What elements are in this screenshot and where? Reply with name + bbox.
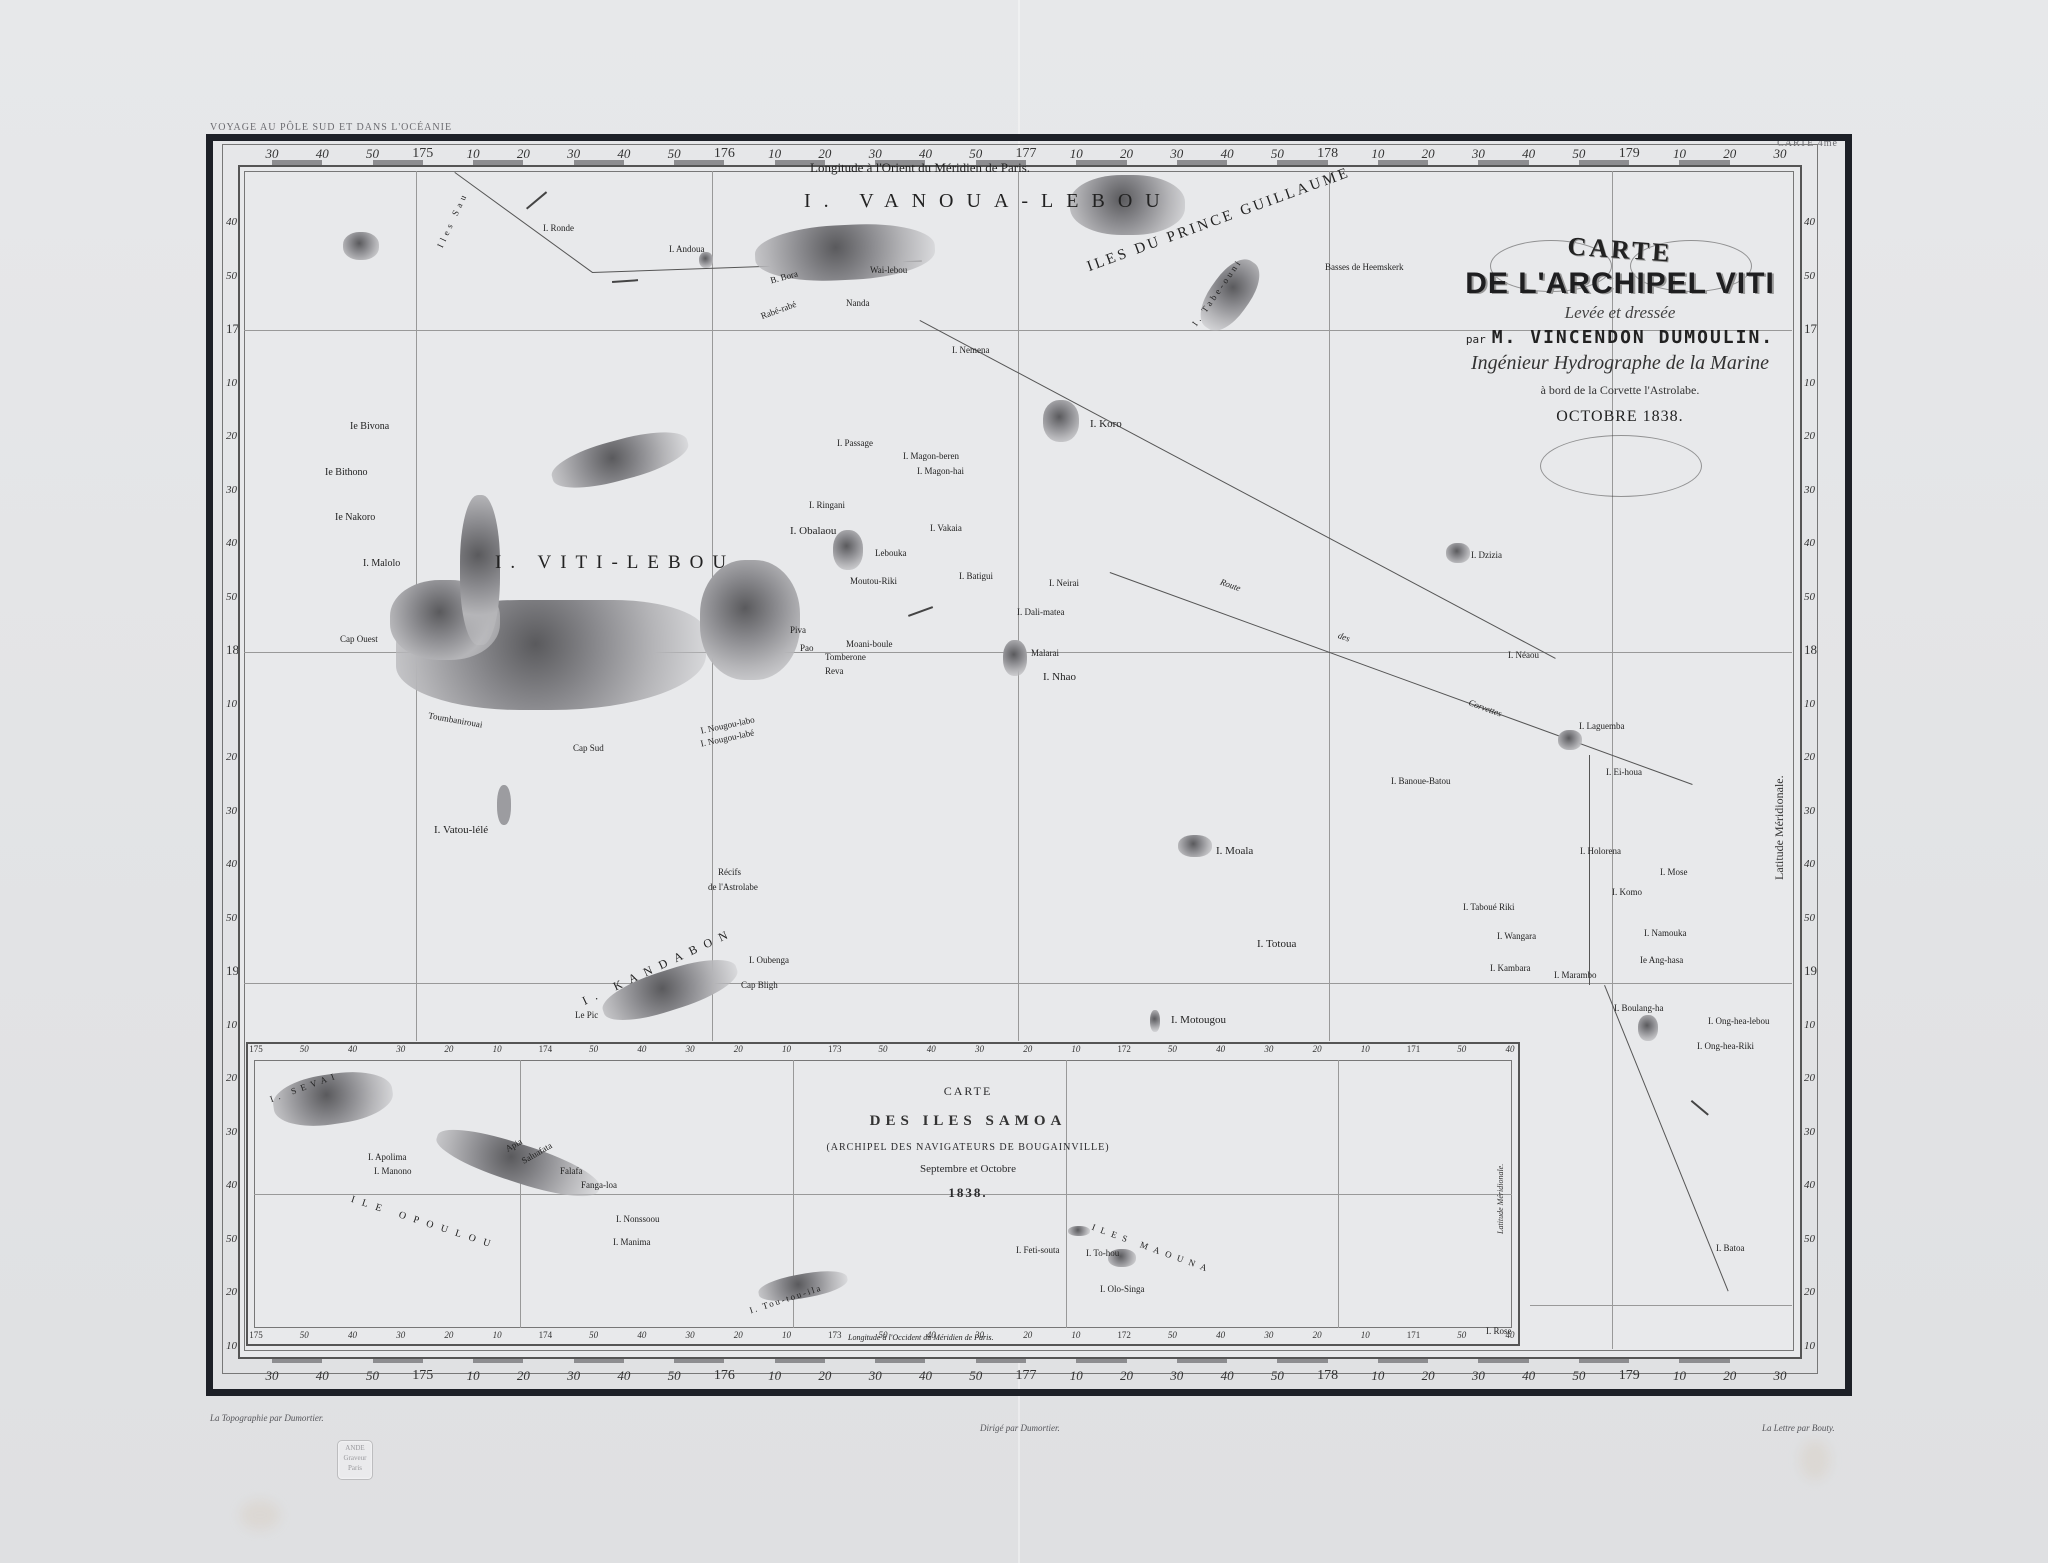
inset-longitude-tick: 40 bbox=[637, 1330, 646, 1340]
label-i-batoa: I. Batoa bbox=[1716, 1243, 1745, 1253]
label-reva: Reva bbox=[825, 666, 844, 676]
inset-longitude-tick: 50 bbox=[1457, 1044, 1466, 1054]
longitude-tick-label: 10 bbox=[1673, 1368, 1686, 1384]
label-basses-heemskerk: Basses de Heemskerk bbox=[1325, 262, 1403, 272]
longitude-tick-label: 30 bbox=[1774, 146, 1787, 162]
latitude-tick-label: 50 bbox=[1804, 1233, 1815, 1245]
label-i-totoua: I. Totoua bbox=[1257, 938, 1296, 950]
latitude-tick-label: 50 bbox=[226, 912, 237, 924]
longitude-tick-label: 10 bbox=[1371, 146, 1384, 162]
inset-longitude-tick: 40 bbox=[1216, 1330, 1225, 1340]
meridian-177-line bbox=[1018, 171, 1019, 1041]
inset-title-months: Septembre et Octobre bbox=[818, 1163, 1118, 1175]
label-i-manima: I. Manima bbox=[613, 1237, 651, 1247]
label-i-nhao: I. Nhao bbox=[1043, 671, 1076, 683]
label-tomberone: Tomberone bbox=[825, 652, 866, 662]
inset-longitude-tick: 30 bbox=[1264, 1044, 1273, 1054]
label-i-banoue-batou: I. Banoue-Batou bbox=[1391, 776, 1450, 786]
label-i-motougou: I. Motougou bbox=[1171, 1014, 1226, 1026]
label-fanga-loa: Fanga-loa bbox=[581, 1180, 617, 1190]
title-cartouche: CARTE DE L'ARCHIPEL VITI Levée et dressé… bbox=[1460, 235, 1780, 426]
latitude-tick-label: 30 bbox=[1804, 484, 1815, 496]
inset-longitude-tick: 20 bbox=[734, 1330, 743, 1340]
label-i-bithono: Ie Bithono bbox=[325, 467, 368, 478]
inset-longitude-tick: 30 bbox=[396, 1044, 405, 1054]
latitude-tick-label: 40 bbox=[1804, 537, 1815, 549]
longitude-tick-label: 30 bbox=[266, 146, 279, 162]
latitude-tick-label: 40 bbox=[226, 1179, 237, 1191]
inset-title-subtitle: (ARCHIPEL DES NAVIGATEURS DE BOUGAINVILL… bbox=[818, 1142, 1118, 1153]
inset-longitude-tick: 20 bbox=[1023, 1044, 1032, 1054]
label-i-namouka: I. Namouka bbox=[1644, 928, 1687, 938]
latitude-tick-label: 10 bbox=[226, 698, 237, 710]
inset-map-samoa: 1755040302010174504030201017350403020101… bbox=[246, 1042, 1520, 1346]
inset-longitude-tick: 173 bbox=[828, 1044, 842, 1054]
island-viti-lebou-ridge bbox=[460, 495, 500, 645]
label-i-olo-singa: I. Olo-Singa bbox=[1100, 1284, 1145, 1294]
label-i-ang-hasa: Ie Ang-hasa bbox=[1640, 955, 1683, 965]
inset-longitude-tick: 40 bbox=[637, 1044, 646, 1054]
latitude-tick-label: 40 bbox=[226, 858, 237, 870]
inset-longitude-tick: 40 bbox=[348, 1044, 357, 1054]
inset-longitude-tick: 50 bbox=[300, 1330, 309, 1340]
longitude-tick-label: 178 bbox=[1317, 1368, 1338, 1384]
latitude-tick-label: 30 bbox=[226, 484, 237, 496]
inset-longitude-tick: 50 bbox=[879, 1044, 888, 1054]
latitude-tick-label: 20 bbox=[1804, 1286, 1815, 1298]
inset-longitude-tick: 50 bbox=[1457, 1330, 1466, 1340]
label-i-koro: I. Koro bbox=[1090, 418, 1122, 430]
inset-longitude-tick: 30 bbox=[396, 1330, 405, 1340]
longitude-tick-label: 50 bbox=[668, 1368, 681, 1384]
longitude-tick-label: 30 bbox=[1472, 1368, 1485, 1384]
longitude-tick-label: 10 bbox=[768, 146, 781, 162]
latitude-tick-label: 20 bbox=[226, 1286, 237, 1298]
longitude-tick-label: 176 bbox=[714, 1368, 735, 1384]
inset-longitude-caption: Longitude à l'Occident du Méridien de Pa… bbox=[848, 1333, 993, 1342]
label-i-magon-beren: I. Magon-beren bbox=[903, 451, 959, 461]
latitude-tick-label: 10 bbox=[226, 1340, 237, 1352]
label-i-dali-matea: I. Dali-matea bbox=[1017, 607, 1064, 617]
inset-longitude-tick: 171 bbox=[1407, 1330, 1421, 1340]
longitude-tick-label: 20 bbox=[1723, 1368, 1736, 1384]
engraver-blind-stamp: ANDE Graveur Paris bbox=[337, 1440, 373, 1480]
longitude-caption: Longitude à l'Orient du Méridien de Pari… bbox=[810, 160, 1030, 176]
longitude-tick-label: 10 bbox=[768, 1368, 781, 1384]
label-i-marambo: I. Marambo bbox=[1554, 970, 1597, 980]
label-i-ronde: I. Ronde bbox=[543, 223, 574, 233]
label-moani-boule: Moani-boule bbox=[846, 639, 893, 649]
island-laguemba bbox=[1558, 730, 1582, 750]
label-i-manono: I. Manono bbox=[374, 1166, 412, 1176]
longitude-tick-label: 178 bbox=[1317, 146, 1338, 162]
longitude-tick-label: 20 bbox=[1422, 146, 1435, 162]
latitude-tick-label: 50 bbox=[226, 1233, 237, 1245]
island-moala bbox=[1178, 835, 1212, 857]
label-i-feti-souta: I. Feti-souta bbox=[1016, 1245, 1060, 1255]
label-moutou-riki: Moutou-Riki bbox=[850, 576, 897, 586]
label-i-vatou-lele: I. Vatou-lélé bbox=[434, 824, 488, 836]
latitude-tick-label: 19 bbox=[1804, 963, 1817, 979]
inset-longitude-tick: 175 bbox=[249, 1330, 263, 1340]
latitude-tick-label: 20 bbox=[1804, 430, 1815, 442]
inset-title-block: CARTE DES ILES SAMOA (ARCHIPEL DES NAVIG… bbox=[818, 1084, 1118, 1201]
inset-longitude-tick: 20 bbox=[444, 1330, 453, 1340]
inset-longitude-tick: 10 bbox=[1361, 1044, 1370, 1054]
label-i-nemena: I. Nemena bbox=[952, 345, 989, 355]
label-i-oubenga: I. Oubenga bbox=[749, 955, 789, 965]
credit-direction: Dirigé par Dumortier. bbox=[980, 1423, 1060, 1433]
island-dzizia bbox=[1446, 543, 1470, 563]
label-recifs: Récifs bbox=[718, 867, 741, 877]
cartouche-author-name: M. VINCENDON DUMOULIN. bbox=[1492, 327, 1774, 348]
longitude-tick-label: 20 bbox=[1120, 146, 1133, 162]
inset-longitude-tick: 20 bbox=[1313, 1330, 1322, 1340]
longitude-tick-label: 40 bbox=[617, 146, 630, 162]
longitude-tick-label: 50 bbox=[1271, 1368, 1284, 1384]
latitude-tick-label: 10 bbox=[226, 1019, 237, 1031]
inset-longitude-tick: 50 bbox=[300, 1044, 309, 1054]
island-boulang-ha bbox=[1638, 1015, 1658, 1041]
latitude-tick-label: 20 bbox=[226, 1072, 237, 1084]
longitude-tick-label: 10 bbox=[467, 1368, 480, 1384]
label-nanda: Nanda bbox=[846, 298, 870, 308]
label-i-passage: I. Passage bbox=[837, 438, 873, 448]
longitude-tick-label: 20 bbox=[818, 1368, 831, 1384]
longitude-tick-label: 20 bbox=[1723, 146, 1736, 162]
label-wai-lebou: Wai-lebou bbox=[870, 265, 907, 275]
label-i-andoua: I. Andoua bbox=[669, 244, 705, 254]
label-i-komo: I. Komo bbox=[1612, 887, 1642, 897]
inset-longitude-tick: 40 bbox=[1506, 1044, 1515, 1054]
longitude-tick-label: 50 bbox=[668, 146, 681, 162]
label-i-batigui: I. Batigui bbox=[959, 571, 993, 581]
label-pao: Pao bbox=[800, 643, 814, 653]
longitude-tick-label: 50 bbox=[366, 1368, 379, 1384]
inset-title-name: DES ILES SAMOA bbox=[818, 1113, 1118, 1130]
label-i-malolo: I. Malolo bbox=[363, 558, 400, 569]
label-i-rose: I. Rose bbox=[1486, 1326, 1512, 1336]
longitude-tick-label: 40 bbox=[1522, 1368, 1535, 1384]
island-motougou bbox=[1150, 1010, 1160, 1032]
latitude-tick-label: 40 bbox=[1804, 216, 1815, 228]
inset-longitude-tick: 10 bbox=[782, 1044, 791, 1054]
inset-longitude-tick: 175 bbox=[249, 1044, 263, 1054]
parallel-20-line bbox=[1530, 1305, 1792, 1306]
longitude-tick-label: 30 bbox=[1170, 146, 1183, 162]
label-i-vakaia: I. Vakaia bbox=[930, 523, 962, 533]
longitude-tick-label: 30 bbox=[266, 1368, 279, 1384]
longitude-tick-label: 20 bbox=[517, 1368, 530, 1384]
cartouche-date: OCTOBRE 1838. bbox=[1460, 408, 1780, 426]
longitude-tick-label: 50 bbox=[969, 1368, 982, 1384]
inset-longitude-tick: 20 bbox=[444, 1044, 453, 1054]
latitude-tick-label: 18 bbox=[1804, 642, 1817, 658]
inset-longitude-tick: 10 bbox=[1071, 1044, 1080, 1054]
island-koro bbox=[1043, 400, 1079, 442]
latitude-tick-label: 50 bbox=[226, 591, 237, 603]
label-i-obalaou: I. Obalaou bbox=[790, 525, 836, 537]
island-obalaou bbox=[833, 530, 863, 570]
label-cap-sud: Cap Sud bbox=[573, 743, 604, 753]
island-andoua bbox=[699, 252, 713, 268]
longitude-tick-label: 40 bbox=[1221, 146, 1234, 162]
label-i-ringani: I. Ringani bbox=[809, 500, 845, 510]
label-i-boulang-ha: I. Boulang-ha bbox=[1614, 1003, 1664, 1013]
longitude-tick-label: 50 bbox=[1572, 146, 1585, 162]
longitude-tick-label: 176 bbox=[714, 146, 735, 162]
label-i-laguemba: I. Laguemba bbox=[1579, 721, 1624, 731]
inset-latitude-caption: Latitude Méridionale. bbox=[1496, 1164, 1505, 1234]
label-i-neaou: I. Néaou bbox=[1508, 650, 1539, 660]
longitude-tick-label: 10 bbox=[467, 146, 480, 162]
latitude-tick-label: 20 bbox=[1804, 1072, 1815, 1084]
inset-longitude-tick: 50 bbox=[1168, 1330, 1177, 1340]
latitude-caption: Latitude Méridionale. bbox=[1772, 775, 1787, 880]
latitude-tick-label: 10 bbox=[1804, 1019, 1815, 1031]
label-i-ong-hea-riki: I. Ong-hea-Riki bbox=[1697, 1041, 1754, 1051]
latitude-tick-label: 30 bbox=[226, 805, 237, 817]
latitude-tick-label: 20 bbox=[226, 430, 237, 442]
latitude-tick-label: 20 bbox=[1804, 751, 1815, 763]
island-viti-lebou-east bbox=[700, 560, 800, 680]
label-i-nonssoou: I. Nonssoou bbox=[616, 1214, 660, 1224]
label-i-ei-houa: I. Ei-houa bbox=[1606, 767, 1642, 777]
inset-longitude-tick: 174 bbox=[539, 1044, 553, 1054]
foxing-stain bbox=[240, 1500, 280, 1530]
label-i-holorena: I. Holorena bbox=[1580, 846, 1621, 856]
label-i-dzizia: I. Dzizia bbox=[1471, 550, 1502, 560]
label-cap-bligh: Cap Bligh bbox=[741, 980, 778, 990]
longitude-tick-label: 30 bbox=[567, 1368, 580, 1384]
latitude-tick-label: 40 bbox=[1804, 1179, 1815, 1191]
latitude-tick-label: 10 bbox=[1804, 698, 1815, 710]
cartouche-levee: Levée et dressée bbox=[1460, 303, 1780, 323]
island-nhao bbox=[1003, 640, 1027, 676]
credit-lettering: La Lettre par Bouty. bbox=[1762, 1423, 1835, 1433]
longitude-tick-label: 40 bbox=[1221, 1368, 1234, 1384]
longitude-tick-label: 175 bbox=[412, 1368, 433, 1384]
cartouche-role: Ingénieur Hydrographe de la Marine bbox=[1460, 352, 1780, 375]
inset-longitude-tick: 50 bbox=[1168, 1044, 1177, 1054]
inset-title-carte: CARTE bbox=[818, 1084, 1118, 1099]
inset-longitude-tick: 20 bbox=[1023, 1330, 1032, 1340]
inset-longitude-tick: 30 bbox=[686, 1044, 695, 1054]
inset-longitude-tick: 50 bbox=[589, 1044, 598, 1054]
latitude-tick-label: 30 bbox=[226, 1126, 237, 1138]
latitude-tick-label: 50 bbox=[226, 270, 237, 282]
latitude-tick-label: 50 bbox=[1804, 912, 1815, 924]
cartouche-par: par bbox=[1466, 333, 1486, 346]
label-i-to-hou: I. To-hou bbox=[1086, 1248, 1119, 1258]
inset-longitude-tick: 10 bbox=[782, 1330, 791, 1340]
foxing-stain bbox=[1800, 1440, 1830, 1480]
inset-longitude-tick: 10 bbox=[1361, 1330, 1370, 1340]
label-viti-lebou: I. VITI-LEBOU bbox=[495, 552, 735, 574]
latitude-tick-label: 40 bbox=[1804, 858, 1815, 870]
longitude-tick-label: 10 bbox=[1070, 1368, 1083, 1384]
longitude-tick-label: 40 bbox=[316, 146, 329, 162]
latitude-tick-label: 10 bbox=[226, 377, 237, 389]
longitude-tick-label: 50 bbox=[366, 146, 379, 162]
latitude-tick-label: 10 bbox=[1804, 1340, 1815, 1352]
longitude-tick-label: 50 bbox=[1572, 1368, 1585, 1384]
label-i-bivona: Ie Bivona bbox=[350, 421, 389, 432]
label-piva: Piva bbox=[790, 625, 806, 635]
inset-longitude-tick: 10 bbox=[493, 1330, 502, 1340]
inset-longitude-tick: 20 bbox=[1313, 1044, 1322, 1054]
inset-longitude-tick: 20 bbox=[734, 1044, 743, 1054]
latitude-tick-label: 40 bbox=[226, 537, 237, 549]
inset-longitude-tick: 174 bbox=[539, 1330, 553, 1340]
inset-longitude-tick: 30 bbox=[686, 1330, 695, 1340]
label-i-magon-hai: I. Magon-hai bbox=[917, 466, 964, 476]
longitude-tick-label: 20 bbox=[1422, 1368, 1435, 1384]
label-le-pic: Le Pic bbox=[575, 1010, 598, 1020]
longitude-tick-label: 30 bbox=[567, 146, 580, 162]
longitude-tick-label: 10 bbox=[1070, 146, 1083, 162]
label-i-moala: I. Moala bbox=[1216, 845, 1253, 857]
label-cap-ouest: Cap Ouest bbox=[340, 634, 378, 644]
label-i-ong-hea-lebou: I. Ong-hea-lebou bbox=[1708, 1016, 1769, 1026]
latitude-tick-label: 30 bbox=[1804, 805, 1815, 817]
flourish-ornament bbox=[1540, 435, 1702, 497]
latitude-tick-label: 17 bbox=[1804, 321, 1817, 337]
cartouche-author: parM. VINCENDON DUMOULIN. bbox=[1460, 327, 1780, 348]
parallel-19-line bbox=[244, 983, 1792, 984]
label-i-mose: I. Mose bbox=[1660, 867, 1688, 877]
island-feti-souta bbox=[1068, 1226, 1090, 1236]
inset-longitude-tick: 172 bbox=[1117, 1330, 1131, 1340]
label-i-taboue-riki: I. Taboué Riki bbox=[1463, 902, 1514, 912]
label-i-neirai: I. Neirai bbox=[1049, 578, 1079, 588]
longitude-tick-label: 40 bbox=[1522, 146, 1535, 162]
latitude-tick-label: 40 bbox=[226, 216, 237, 228]
longitude-tick-label: 10 bbox=[1371, 1368, 1384, 1384]
inset-longitude-tick: 40 bbox=[348, 1330, 357, 1340]
latitude-tick-label: 10 bbox=[1804, 377, 1815, 389]
label-i-nakoro: Ie Nakoro bbox=[335, 512, 375, 523]
ship-route bbox=[1589, 755, 1590, 985]
cartouche-ship: à bord de la Corvette l'Astrolabe. bbox=[1460, 383, 1780, 398]
label-i-wangara: I. Wangara bbox=[1497, 931, 1536, 941]
inset-longitude-tick: 40 bbox=[927, 1044, 936, 1054]
longitude-tick-label: 40 bbox=[316, 1368, 329, 1384]
series-title: Voyage au Pôle Sud et dans l'Océanie bbox=[210, 122, 452, 133]
longitude-tick-label: 177 bbox=[1016, 1368, 1037, 1384]
island-sau bbox=[343, 232, 379, 260]
longitude-tick-label: 20 bbox=[1120, 1368, 1133, 1384]
label-malarai: Malarai bbox=[1031, 648, 1059, 658]
inset-longitude-tick: 30 bbox=[1264, 1330, 1273, 1340]
meridian-178-line bbox=[1329, 171, 1330, 1041]
longitude-tick-label: 179 bbox=[1619, 1368, 1640, 1384]
longitude-tick-label: 175 bbox=[412, 146, 433, 162]
latitude-tick-label: 50 bbox=[1804, 591, 1815, 603]
longitude-tick-label: 20 bbox=[517, 146, 530, 162]
label-de-astrolabe: de l'Astrolabe bbox=[708, 882, 758, 892]
inset-longitude-tick: 171 bbox=[1407, 1044, 1421, 1054]
inset-longitude-tick: 172 bbox=[1117, 1044, 1131, 1054]
longitude-tick-label: 30 bbox=[869, 1368, 882, 1384]
latitude-tick-label: 30 bbox=[1804, 1126, 1815, 1138]
latitude-tick-label: 20 bbox=[226, 751, 237, 763]
inset-longitude-tick: 50 bbox=[589, 1330, 598, 1340]
label-i-apolima: I. Apolima bbox=[368, 1152, 407, 1162]
inset-title-year: 1838. bbox=[818, 1185, 1118, 1201]
label-vanoua-lebou: I. VANOUA-LEBOU bbox=[804, 190, 1173, 213]
label-lebouka: Lebouka bbox=[875, 548, 907, 558]
inset-longitude-tick: 10 bbox=[493, 1044, 502, 1054]
longitude-tick-label: 40 bbox=[617, 1368, 630, 1384]
longitude-tick-label: 10 bbox=[1673, 146, 1686, 162]
inset-longitude-tick: 173 bbox=[828, 1330, 842, 1340]
longitude-tick-label: 30 bbox=[1472, 146, 1485, 162]
label-i-kambara: I. Kambara bbox=[1490, 963, 1530, 973]
latitude-tick-label: 50 bbox=[1804, 270, 1815, 282]
longitude-tick-label: 179 bbox=[1619, 146, 1640, 162]
inset-longitude-tick: 40 bbox=[1216, 1044, 1225, 1054]
longitude-tick-label: 30 bbox=[1170, 1368, 1183, 1384]
inset-longitude-tick: 10 bbox=[1071, 1330, 1080, 1340]
label-falafa: Falafa bbox=[560, 1166, 583, 1176]
longitude-tick-label: 50 bbox=[1271, 146, 1284, 162]
inset-longitude-tick: 30 bbox=[975, 1044, 984, 1054]
credit-topography: La Topographie par Dumortier. bbox=[210, 1413, 324, 1423]
island-vatou-lele bbox=[497, 785, 511, 825]
longitude-tick-label: 40 bbox=[919, 1368, 932, 1384]
longitude-tick-label: 30 bbox=[1774, 1368, 1787, 1384]
